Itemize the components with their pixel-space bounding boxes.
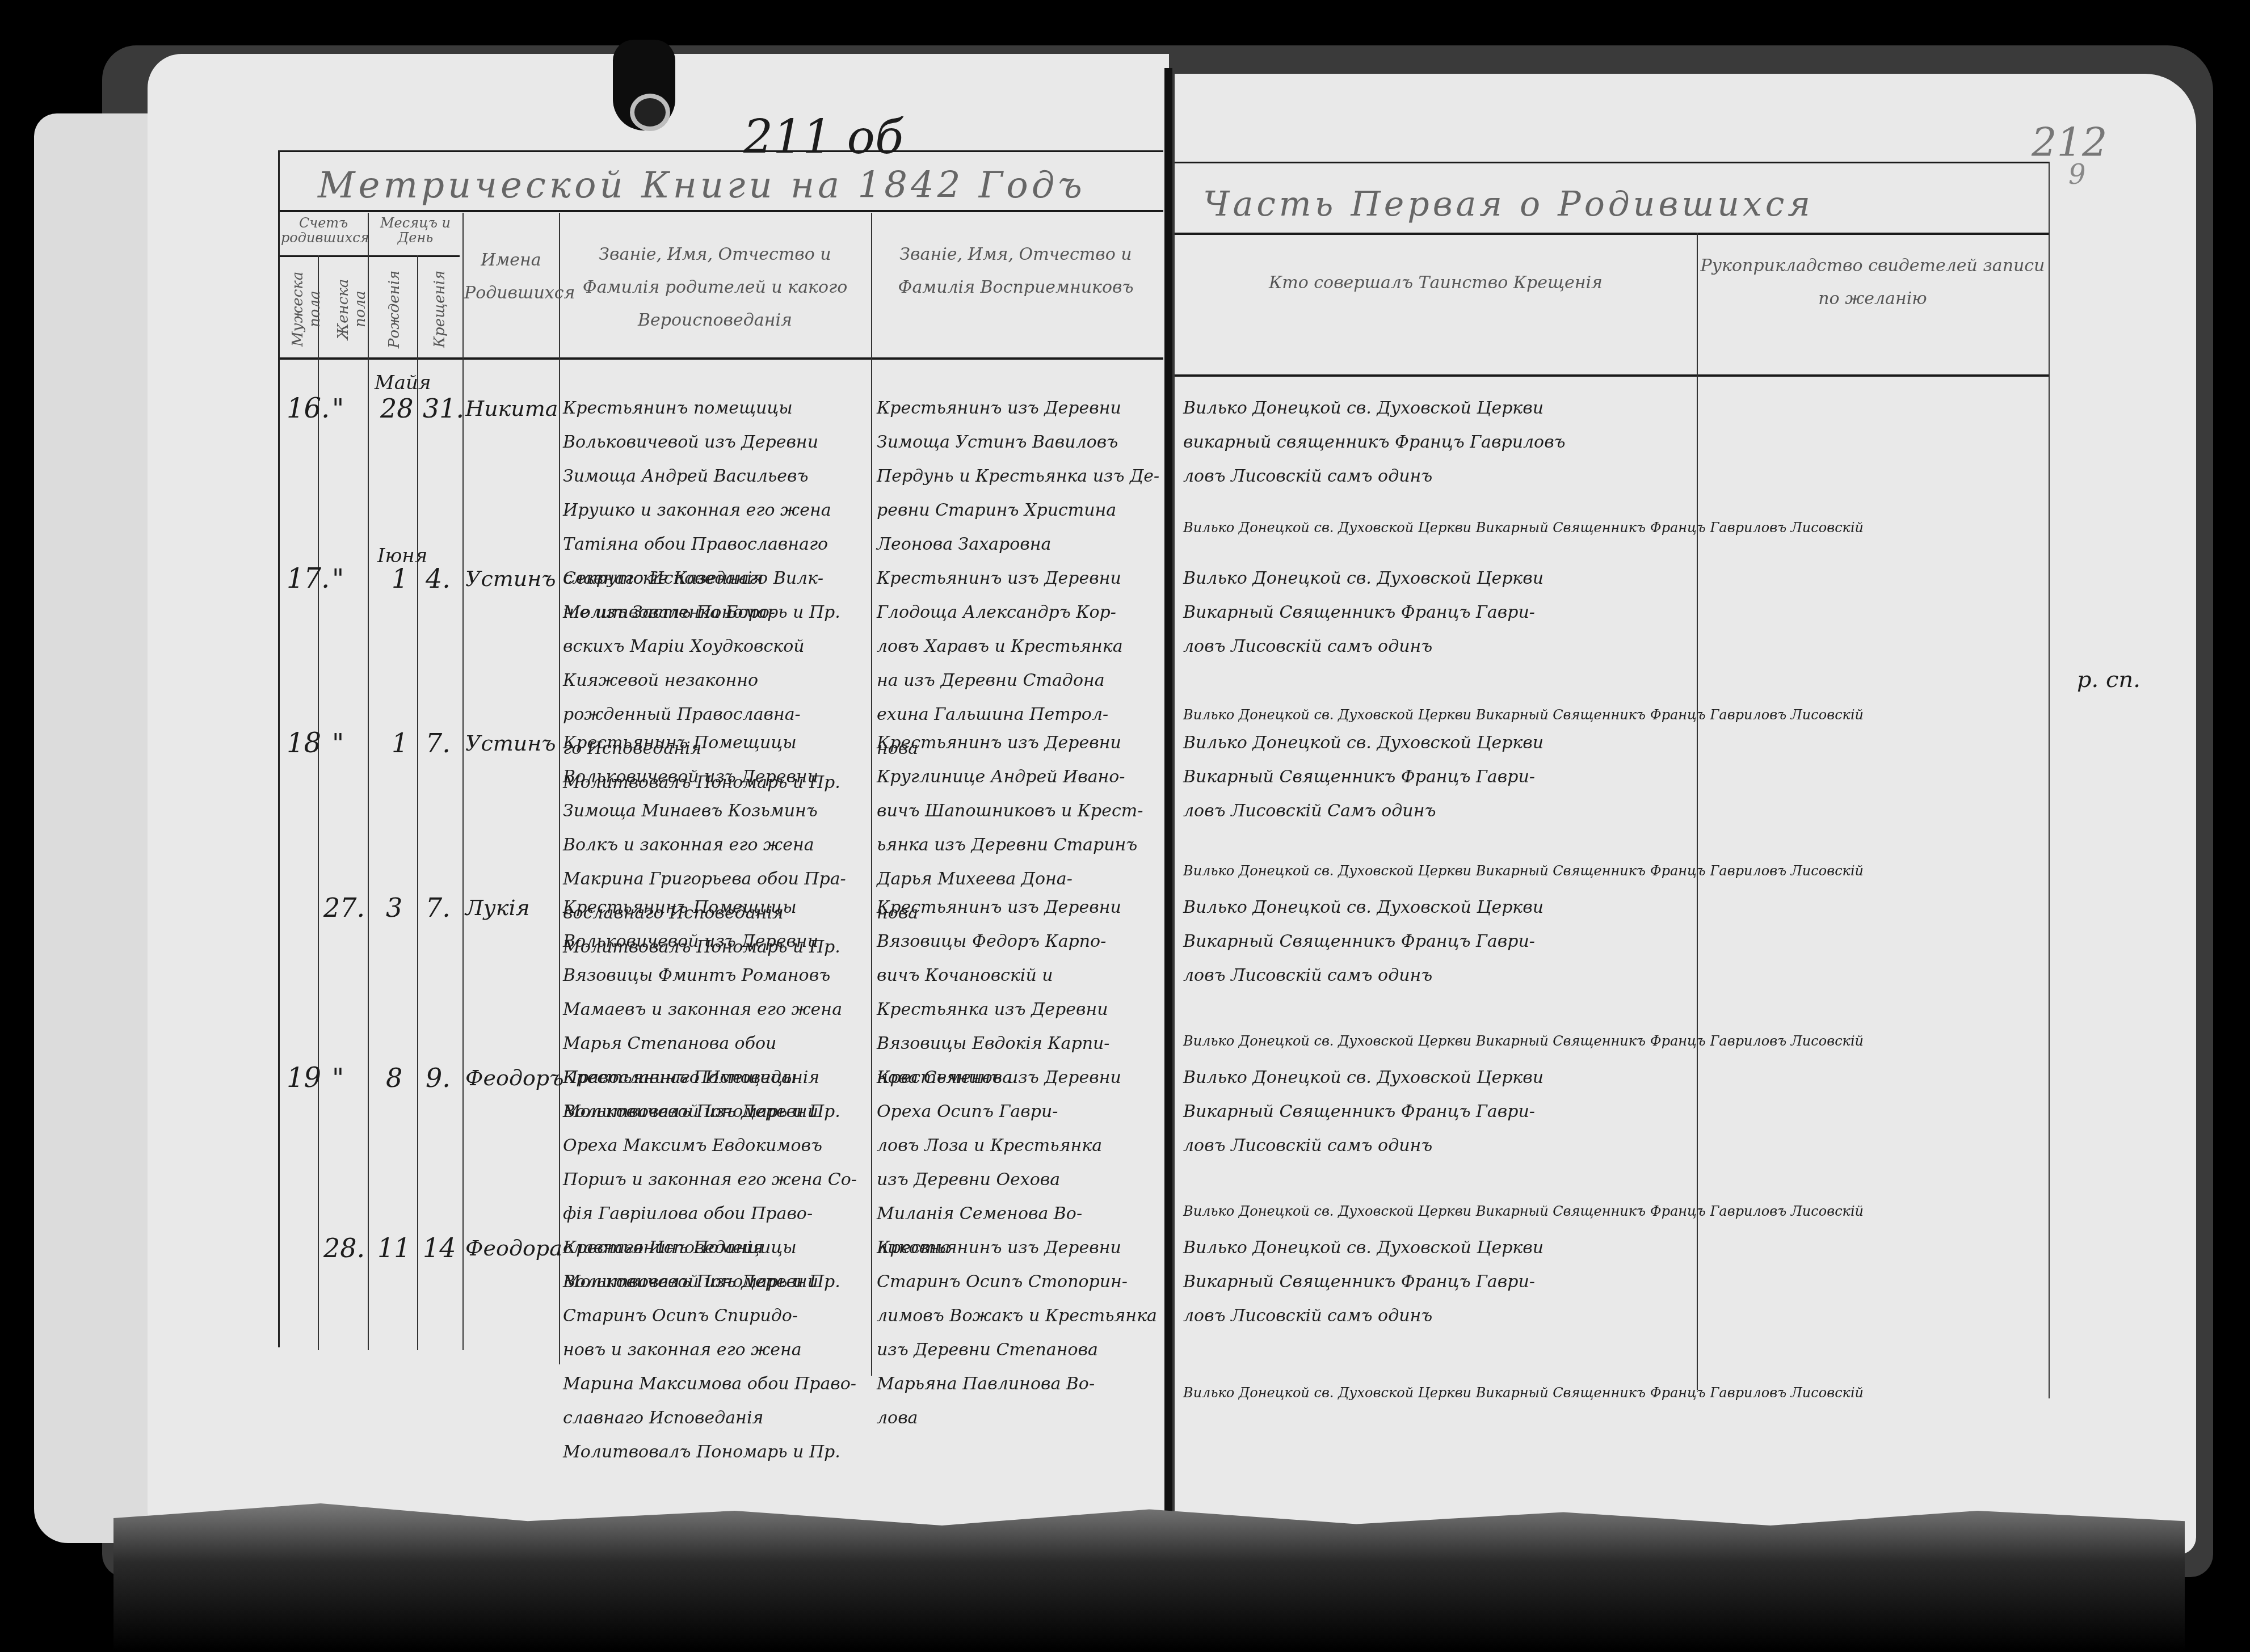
entry-female-no: 18 — [287, 726, 321, 760]
text-line: Миланія Семенова Во- — [877, 1197, 1121, 1231]
text-line: Крестьянинъ изъ Деревни — [877, 562, 1123, 596]
text-line: Крестьянинъ изъ Деревни — [877, 1061, 1121, 1095]
text-line: Крестьянка изъ Деревни — [877, 993, 1121, 1027]
register-part-title: Часть Первая о Родившихся — [1203, 184, 1814, 224]
text-line: Крестьянинъ помещицы — [563, 391, 840, 425]
text-line: Старинъ Осипъ Стопорин- — [877, 1265, 1157, 1299]
text-line: Поршъ и законная его жена Со- — [563, 1163, 857, 1197]
rule-title-bottom-right — [1175, 233, 2049, 235]
entry-parents: Крестьянинъ Помещицы Вольковичевой изъ Д… — [563, 1231, 856, 1469]
text-line: Вязовицы Фминтъ Романовъ — [563, 959, 842, 993]
text-line: Марья Степанова обои — [563, 1027, 842, 1061]
text-line: Вилько Донецкой св. Духовской Церкви — [1183, 1061, 1544, 1095]
col-line — [559, 213, 560, 1364]
rule-header-bottom-right — [1175, 374, 2049, 377]
text-line: ловъ Лоза и Крестьянка — [877, 1129, 1121, 1163]
entry-priest: Вилько Донецкой св. Духовской Церкви Вик… — [1183, 1061, 1544, 1163]
entry-baptism-day: 7. — [426, 726, 451, 760]
col-line — [2049, 162, 2050, 1398]
text-line: Молитвовалъ Пономарь и Пр. — [563, 1435, 856, 1469]
header-baptism-day: Крещенія — [431, 267, 448, 352]
rule-top-right — [1175, 162, 2049, 163]
header-names: Имена Родившихся — [464, 244, 558, 310]
header-birth-day: Рожденія — [386, 267, 403, 352]
text-line: вичъ Шапошниковъ и Крест- — [877, 794, 1143, 828]
text-line: ловъ Лисовскій самъ одинъ — [1183, 1129, 1544, 1163]
text-line: Крестьянинъ Помещицы — [563, 1061, 857, 1095]
entry-baptism-day: 9. — [426, 1061, 451, 1095]
col-line — [462, 213, 464, 1350]
text-line: Вольковичевой изъ Деревни — [563, 1095, 857, 1129]
entry-birth-day: 1 — [392, 562, 408, 596]
text-line: лимовъ Вожакъ и Крестьянка — [877, 1299, 1157, 1333]
rule-top-left — [278, 150, 1163, 152]
text-line: ніе изъ Застенка Боро- — [563, 596, 840, 630]
col-line — [417, 255, 418, 1350]
entry-baptism-day: 31. — [423, 391, 464, 425]
text-line: на изъ Деревни Стадона — [877, 664, 1123, 698]
folio-number-left: 211 об — [743, 111, 903, 165]
header-month-day: Месяцъ и День — [370, 216, 461, 245]
header-male: Мужеска пола — [289, 267, 323, 352]
text-line: Марина Максимова обои Право- — [563, 1367, 856, 1401]
entry-priest: Вилько Донецкой св. Духовской Церкви Вик… — [1183, 726, 1544, 828]
text-line: Вилько Донецкой св. Духовской Церкви — [1183, 562, 1544, 596]
text-line: Викарный Священникъ Францъ Гаври- — [1183, 596, 1544, 630]
register-title: Метрической Книги на 1842 Годъ — [318, 165, 1086, 206]
entry-male-no: 28. — [323, 1231, 365, 1265]
text-line: Кияжевой незаконно — [563, 664, 840, 698]
binding-clip-icon — [613, 40, 675, 130]
entry-birth-day: 28 — [380, 391, 414, 425]
text-line: ловъ Лисовскій самъ одинъ — [1183, 1299, 1544, 1333]
header-witnesses: Рукоприкладство свидетелей записи по жел… — [1700, 250, 2046, 315]
text-line: Вольковичевой изъ Деревни — [563, 1265, 856, 1299]
text-line: Зимоща Андрей Васильевъ — [563, 460, 840, 494]
rule-header-bottom-left — [278, 357, 1163, 360]
text-line: Зимоща Минаевъ Козьминъ — [563, 794, 846, 828]
rule-subheader — [278, 255, 460, 257]
text-line: Вязовицы Евдокія Карпи- — [877, 1027, 1121, 1061]
entry-child-name: Устинъ — [465, 562, 556, 596]
text-line: Волкъ и законная его жена — [563, 828, 846, 862]
entry-male-no: " — [332, 562, 344, 596]
entry-child-name: Феодоръ — [465, 1061, 564, 1095]
text-line: ьянка изъ Деревни Старинъ — [877, 828, 1143, 862]
entry-male-no: " — [332, 1061, 344, 1095]
entry-female-no: 17. — [287, 562, 330, 596]
text-line: Секрутскіе Казеннаго Вилк- — [563, 562, 840, 596]
entry-godparents: Крестьянинъ изъ Деревни Старинъ Осипъ Ст… — [877, 1231, 1157, 1435]
entry-male-no: " — [332, 726, 344, 760]
entry-child-name: Устинъ — [465, 726, 556, 760]
text-line: Глодоща Александръ Кор- — [877, 596, 1123, 630]
text-line: Ирушко и законная его жена — [563, 494, 840, 528]
entry-baptism-day: 14 — [423, 1231, 456, 1265]
text-line: Крестьянинъ изъ Деревни — [877, 891, 1121, 925]
text-line: ловъ Лисовскій Самъ одинъ — [1183, 794, 1544, 828]
text-line: ревни Старинъ Христина — [877, 494, 1159, 528]
col-line — [368, 213, 369, 1350]
text-line: Старинъ Осипъ Спиридо- — [563, 1299, 856, 1333]
text-line: славнаго Исповеданія — [563, 1401, 856, 1435]
text-line: Крестьянинъ изъ Деревни — [877, 726, 1143, 760]
header-births-count: Счетъ родившихся — [281, 216, 366, 245]
header-godparents: Званіе, Имя, Отчество и Фамилія Восприем… — [874, 238, 1158, 304]
entry-female-no: 16. — [287, 391, 330, 425]
entry-priest-tail: Вилько Донецкой св. Духовской Церкви Вик… — [1183, 511, 1864, 545]
text-line: ловъ Лисовскій самъ одинъ — [1183, 630, 1544, 664]
text-line: Вольковичевой изъ Деревни — [563, 925, 842, 959]
text-line: Ореха Осипъ Гаври- — [877, 1095, 1121, 1129]
entry-birth-day: 3 — [386, 891, 402, 925]
header-parents: Званіе, Имя, Отчество и Фамилія родителе… — [562, 238, 868, 337]
entry-child-name: Феодора — [465, 1231, 562, 1265]
text-line: викарный священникъ Францъ Гавриловъ — [1183, 425, 1566, 460]
header-female: Женска пола — [335, 267, 369, 352]
entry-priest-tail: Вилько Донецкой св. Духовской Церкви Вик… — [1183, 854, 1864, 888]
text-line: Круглинице Андрей Ивано- — [877, 760, 1143, 794]
text-line: Вольковичевой изъ Деревни — [563, 425, 840, 460]
text-line: лова — [877, 1401, 1157, 1435]
text-line: Зимоща Устинъ Вавиловъ — [877, 425, 1159, 460]
text-line: Викарный Священникъ Францъ Гаври- — [1183, 760, 1544, 794]
entry-birth-day: 11 — [377, 1231, 411, 1265]
text-line: Вилько Донецкой св. Духовской Церкви — [1183, 891, 1544, 925]
entry-male-no: " — [332, 391, 344, 425]
entry-baptism-day: 4. — [426, 562, 451, 596]
text-line: вичъ Кочановскій и — [877, 959, 1121, 993]
damaged-page-edges — [113, 1503, 2185, 1651]
text-line: Вилько Донецкой св. Духовской Церкви — [1183, 726, 1544, 760]
text-line: Пердунь и Крестьянка изъ Де- — [877, 460, 1159, 494]
entry-baptism-day: 7. — [426, 891, 451, 925]
entry-godparents: Крестьянинъ изъ Деревни Зимоща Устинъ Ва… — [877, 391, 1159, 562]
text-line: Крестьянинъ изъ Деревни — [877, 391, 1159, 425]
entry-priest: Вилько Донецкой св. Духовской Церкви Вик… — [1183, 1231, 1544, 1333]
text-line: фія Гавріилова обои Право- — [563, 1197, 857, 1231]
text-line: Вилько Донецкой св. Духовской Церкви — [1183, 391, 1566, 425]
text-line: Леонова Захаровна — [877, 528, 1159, 562]
text-line: Мамаевъ и законная его жена — [563, 993, 842, 1027]
text-line: ловъ Лисовскій самъ одинъ — [1183, 460, 1566, 494]
entry-child-name: Никита — [465, 391, 558, 425]
text-line: Вилько Донецкой св. Духовской Церкви — [1183, 1231, 1544, 1265]
entry-priest: Вилько Донецкой св. Духовской Церкви вик… — [1183, 391, 1566, 494]
rule-title-bottom-left — [278, 210, 1163, 212]
text-line: вскихъ Маріи Хоудковской — [563, 630, 840, 664]
entry-priest-tail: Вилько Донецкой св. Духовской Церкви Вик… — [1183, 1194, 1864, 1228]
text-line: Крестьянинъ Помещицы — [563, 1231, 856, 1265]
text-line: Крестьянинъ Помещицы — [563, 726, 846, 760]
text-line: новъ и законная его жена — [563, 1333, 856, 1367]
text-line: Ореха Максимъ Евдокимовъ — [563, 1129, 857, 1163]
entry-birth-day: 8 — [386, 1061, 402, 1095]
text-line: Крестьянинъ изъ Деревни — [877, 1231, 1157, 1265]
text-line: Вязовицы Федоръ Карпо- — [877, 925, 1121, 959]
text-line: ловъ Лисовскій самъ одинъ — [1183, 959, 1544, 993]
header-priest: Кто совершалъ Таинство Крещенія — [1177, 267, 1694, 300]
book-gutter — [1164, 68, 1172, 1571]
entry-priest-tail: Вилько Донецкой св. Духовской Церкви Вик… — [1183, 1376, 1864, 1410]
text-line: ловъ Харавъ и Крестьянка — [877, 630, 1123, 664]
entry-male-no: 27. — [323, 891, 365, 925]
col-line — [871, 213, 872, 1376]
text-line: Татіяна обои Православнаго — [563, 528, 840, 562]
margin-note: р. сп. — [2077, 667, 2140, 693]
text-line: изъ Деревни Оехова — [877, 1163, 1121, 1197]
folio-subnumber-right: 9 — [2068, 159, 2086, 191]
text-line: Викарный Священникъ Францъ Гаври- — [1183, 925, 1544, 959]
text-line: изъ Деревни Степанова — [877, 1333, 1157, 1367]
entry-birth-day: 1 — [392, 726, 408, 760]
entry-priest: Вилько Донецкой св. Духовской Церкви Вик… — [1183, 891, 1544, 993]
entry-child-name: Лукія — [465, 891, 530, 925]
text-line: Викарный Священникъ Францъ Гаври- — [1183, 1265, 1544, 1299]
text-line: Марьяна Павлинова Во- — [877, 1367, 1157, 1401]
entry-priest-tail: Вилько Донецкой св. Духовской Церкви Вик… — [1183, 1024, 1864, 1058]
text-line: Викарный Священникъ Францъ Гаври- — [1183, 1095, 1544, 1129]
col-line — [278, 150, 280, 1347]
entry-female-no: 19 — [287, 1061, 321, 1095]
text-line: Вольковичевой изъ Деревни — [563, 760, 846, 794]
entry-priest: Вилько Донецкой св. Духовской Церкви Вик… — [1183, 562, 1544, 664]
text-line: Крестьянинъ Помещицы — [563, 891, 842, 925]
